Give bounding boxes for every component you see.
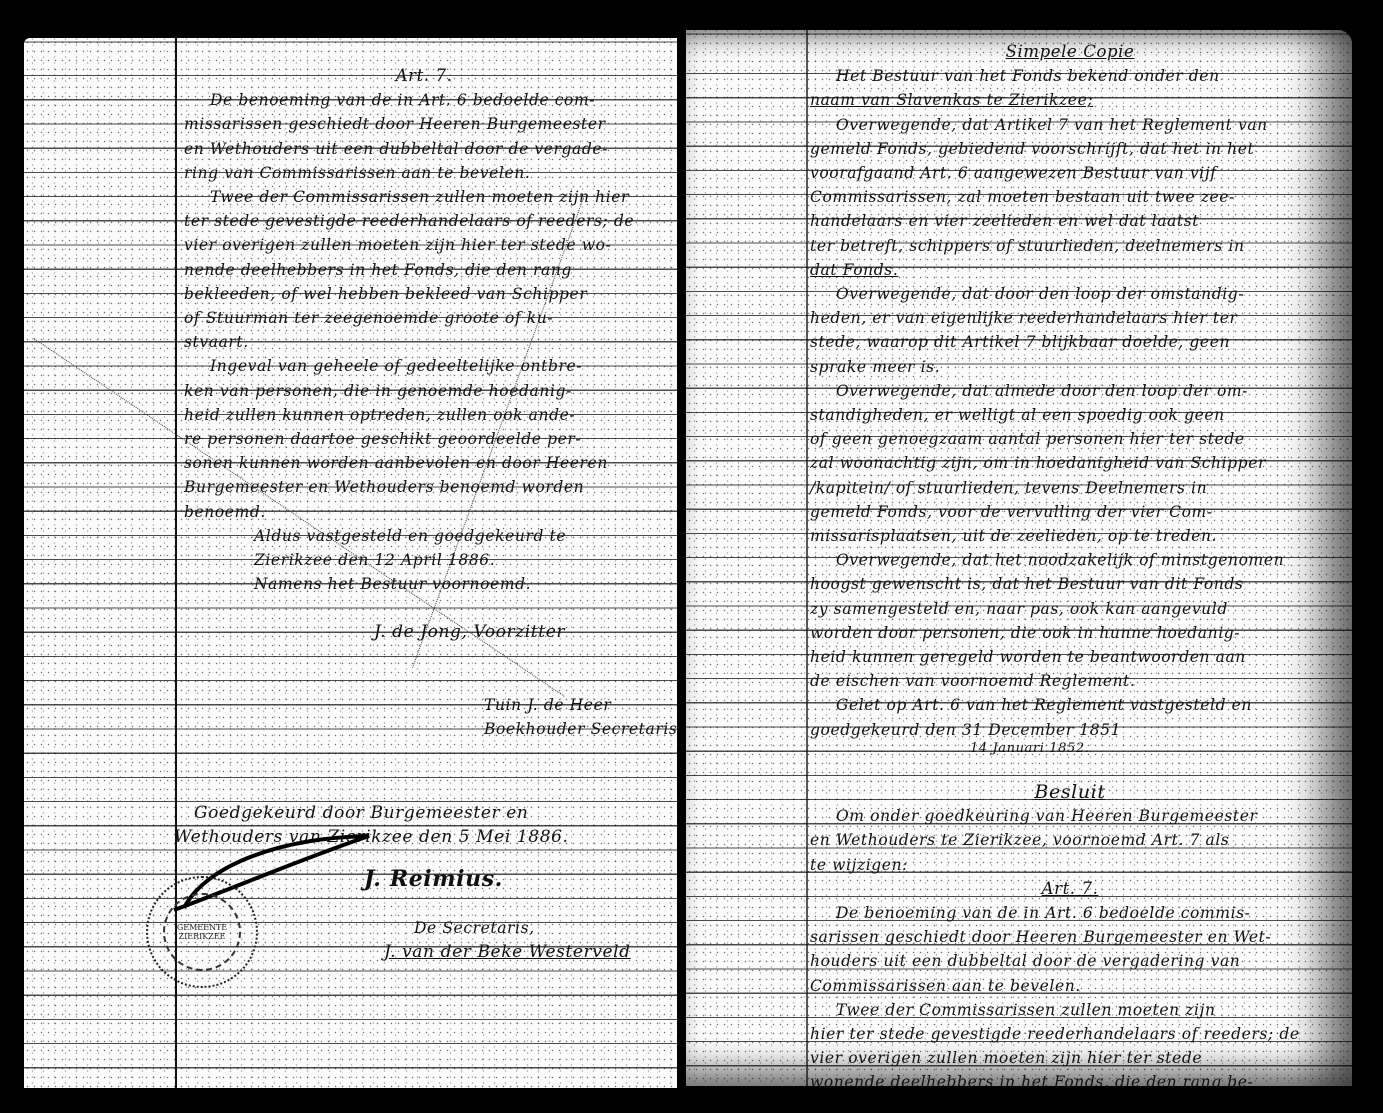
text-line: Twee der Commissarissen zullen moeten zi… — [810, 998, 1330, 1022]
paragraph-3: Ingeval van geheele of gedeeltelijke ont… — [184, 354, 664, 523]
text-line: Overwegende, dat Artikel 7 van het Regle… — [810, 113, 1330, 137]
article-paragraph-2: Twee der Commissarissen zullen moeten zi… — [810, 998, 1330, 1086]
text-line: stede, waarop dit Artikel 7 blijkbaar do… — [810, 330, 1330, 354]
text-line: ken van personen, die in genoemde hoedan… — [184, 379, 664, 403]
text-line: hoogst gewenscht is, dat het Bestuur van… — [810, 572, 1330, 596]
text-line: te wijzigen: — [810, 853, 1330, 877]
seal-text: GEMEENTE ZIERIKZEE — [163, 893, 241, 971]
text-line: Commissarissen aan te bevelen. — [810, 974, 1330, 998]
text-line: goedgekeurd den 31 December 1851 — [810, 718, 1330, 742]
text-line: /kapitein/ of stuurlieden, tevens Deelne… — [810, 476, 1330, 500]
article-paragraph-1: De benoeming van de in Art. 6 bedoelde c… — [810, 901, 1330, 998]
right-page: Simpele Copie Het Bestuur van het Fonds … — [686, 30, 1352, 1086]
text-line: naam van Slavenkas te Zierikzee; — [810, 88, 1330, 112]
text-line: heden, er van eigenlijke reederhandelaar… — [810, 306, 1330, 330]
text-line: handelaars en vier zeelieden en wel dat … — [810, 209, 1330, 233]
paragraph-having-regard: Gelet op Art. 6 van het Reglement vastge… — [810, 693, 1330, 755]
text-line: gemeld Fonds, voor de vervulling der vie… — [810, 500, 1330, 524]
text-line: bekleeden, of wel hebben bekleed van Sch… — [184, 282, 664, 306]
text-line: dat Fonds. — [810, 258, 1330, 282]
official-seal-stamp: GEMEENTE ZIERIKZEE — [146, 876, 258, 988]
text-line: Twee der Commissarissen zullen moeten zi… — [184, 185, 664, 209]
paragraph-considering-3: Overwegende, dat almede door den loop de… — [810, 379, 1330, 548]
paragraph-considering-2: Overwegende, dat door den loop der omsta… — [810, 282, 1330, 379]
text-line: Commissarissen, zal moeten bestaan uit t… — [810, 185, 1330, 209]
text-line: stvaart. — [184, 330, 664, 354]
text-line: en Wethouders te Zierikzee, voornoemd Ar… — [810, 828, 1330, 852]
text-line: Ingeval van geheele of gedeeltelijke ont… — [184, 354, 664, 378]
text-line: sonen kunnen worden aanbevolen en door H… — [184, 451, 664, 475]
paragraph-2: Twee der Commissarissen zullen moeten zi… — [184, 185, 664, 354]
text-line: houders uit een dubbeltal door de vergad… — [810, 949, 1330, 973]
text-line: Overwegende, dat door den loop der omsta… — [810, 282, 1330, 306]
text-line: of Stuurman ter zeegenoemde groote of ku… — [184, 306, 664, 330]
text-line: Burgemeester en Wethouders benoemd worde… — [184, 475, 664, 499]
text-line: De benoeming van de in Art. 6 bedoelde c… — [810, 901, 1330, 925]
text-line: nende deelhebbers in het Fonds, die den … — [184, 258, 664, 282]
paragraph-considering-1: Overwegende, dat Artikel 7 van het Regle… — [810, 113, 1330, 282]
text-line: worden door personen, die ook in hunne h… — [810, 621, 1330, 645]
text-line: Goedgekeurd door Burgemeester en — [184, 801, 664, 825]
copy-title: Simpele Copie — [810, 40, 1330, 64]
text-line: hier ter stede gevestigde reederhandelaa… — [810, 1022, 1330, 1046]
right-page-body: Simpele Copie Het Bestuur van het Fonds … — [810, 40, 1330, 1086]
besluit-heading: Besluit — [810, 780, 1330, 804]
text-line: missarissen geschiedt door Heeren Burgem… — [184, 112, 664, 136]
text-line: Overwegende, dat het noodzakelijk of min… — [810, 548, 1330, 572]
text-line: zy samengesteld en, naar pas, ook kan aa… — [810, 597, 1330, 621]
paragraph-considering-4: Overwegende, dat het noodzakelijk of min… — [810, 548, 1330, 693]
text-line: Overwegende, dat almede door den loop de… — [810, 379, 1330, 403]
besluit-text: Om onder goedkeuring van Heeren Burgemee… — [810, 804, 1330, 877]
text-line: Tuin J. de Heer — [484, 693, 664, 717]
text-line: Boekhouder Secretaris — [484, 717, 664, 741]
text-line: voorafgaand Art. 6 aangewezen Bestuur va… — [810, 161, 1330, 185]
text-line: zal woonachtig zijn, om in hoedanigheid … — [810, 451, 1330, 475]
text-line: of geen genoegzaam aantal personen hier … — [810, 427, 1330, 451]
text-line: De benoeming van de in Art. 6 bedoelde c… — [184, 88, 664, 112]
text-line: sarissen geschiedt door Heeren Burgemees… — [810, 925, 1330, 949]
text-line: heid zullen kunnen optreden, zullen ook … — [184, 403, 664, 427]
text-line: vier overigen zullen moeten zijn hier te… — [810, 1046, 1330, 1070]
margin-line — [806, 30, 808, 1086]
text-line: Namens het Bestuur voornoemd. — [254, 572, 664, 596]
text-line: Om onder goedkeuring van Heeren Burgemee… — [810, 804, 1330, 828]
text-line: en Wethouders uit een dubbeltal door de … — [184, 137, 664, 161]
closing-block: Aldus vastgesteld en goedgekeurd te Zier… — [184, 524, 664, 597]
text-line: gemeld Fonds, gebiedend voorschrijft, da… — [810, 137, 1330, 161]
text-line: Het Bestuur van het Fonds bekend onder d… — [810, 64, 1330, 88]
text-line: re personen daartoe geschikt geoordeelde… — [184, 427, 664, 451]
text-line: vier overigen zullen moeten zijn hier te… — [184, 233, 664, 257]
text-line: ring van Commissarissen aan te bevelen. — [184, 161, 664, 185]
text-line: sprake meer is. — [810, 355, 1330, 379]
article-heading: Art. 7. — [184, 64, 664, 88]
text-line: Aldus vastgesteld en goedgekeurd te — [254, 524, 664, 548]
signature-chairman: J. de Jong, Voorzitter — [184, 620, 664, 644]
signature-secretary-block: Tuin J. de Heer Boekhouder Secretaris — [184, 693, 664, 741]
text-line: de eischen van voornoemd Reglement. — [810, 669, 1330, 693]
text-line: benoemd. — [184, 500, 664, 524]
text-line: standigheden, er welligt al een spoedig … — [810, 403, 1330, 427]
left-page: Art. 7. De benoeming van de in Art. 6 be… — [24, 38, 677, 1088]
paragraph-1: De benoeming van de in Art. 6 bedoelde c… — [184, 88, 664, 185]
text-line: heid kunnen geregeld worden te beantwoor… — [810, 645, 1330, 669]
text-line: ter betreft, schippers of stuurlieden, d… — [810, 234, 1330, 258]
text-line: Gelet op Art. 6 van het Reglement vastge… — [810, 693, 1330, 717]
text-line: wonende deelhebbers in het Fonds, die de… — [810, 1070, 1330, 1086]
text-line: 14 Januari 1852. — [810, 742, 1330, 756]
text-line: missarisplaatsen, uit de zeelieden, op t… — [810, 524, 1330, 548]
text-line: Zierikzee den 12 April 1886. — [254, 548, 664, 572]
article-heading: Art. 7. — [810, 877, 1330, 901]
text-line: ter stede gevestigde reederhandelaars of… — [184, 209, 664, 233]
paragraph-intro: Het Bestuur van het Fonds bekend onder d… — [810, 64, 1330, 112]
